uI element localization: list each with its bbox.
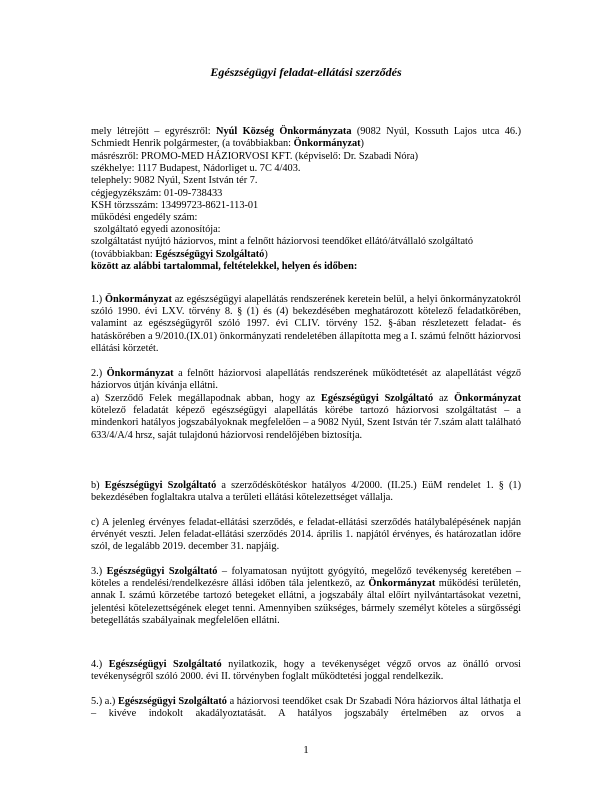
provider-seat-line: székhelye: 1117 Budapest, Nádorliget u. …	[91, 163, 521, 175]
between-line: között az alábbi tartalommal, feltételek…	[91, 261, 521, 273]
party1-alias: Önkormányzat	[294, 138, 361, 149]
page-number: 1	[0, 744, 612, 756]
section-5: 5.) a.) Egészségügyi Szolgáltató a házio…	[91, 696, 521, 720]
section-4: 4.) Egészségügyi Szolgáltató nyilatkozik…	[91, 659, 521, 683]
provider-regnum-line: cégjegyzékszám: 01-09-738433	[91, 188, 521, 200]
section-2c: c) A jelenleg érvényes feladat-ellátási …	[91, 517, 521, 554]
provider-site-line: telephely: 9082 Nyúl, Szent István tér 7…	[91, 175, 521, 187]
party1-name: Nyúl Község Önkormányzata	[216, 126, 351, 137]
document-page: Egészségügyi feladat-ellátási szerződés …	[0, 0, 612, 792]
section-3: 3.) Egészségügyi Szolgáltató – folyamato…	[91, 566, 521, 627]
document-title: Egészségügyi feladat-ellátási szerződés	[0, 66, 612, 78]
section-2a: a) Szerződő Felek megállapodnak abban, h…	[91, 393, 521, 442]
provider-id-line: szolgáltató egyedi azonosítója:	[91, 224, 521, 236]
section-2b: b) Egészségügyi Szolgáltató a szerződésk…	[91, 480, 521, 504]
section-2: 2.) Önkormányzat a felnőtt háziorvosi al…	[91, 368, 521, 392]
provider-details: másrészről: PROMO-MED HÁZIORVOSI KFT. (k…	[91, 151, 521, 273]
provider-role-line: szolgáltatást nyújtó háziorvos, mint a f…	[91, 236, 521, 248]
intro-paragraph: mely létrejött – egyrészről: Nyúl Község…	[91, 126, 521, 150]
provider-license-line: működési engedély szám:	[91, 212, 521, 224]
provider-ksh-line: KSH törzsszám: 13499723-8621-113-01	[91, 200, 521, 212]
provider-name-line: másrészről: PROMO-MED HÁZIORVOSI KFT. (k…	[91, 151, 521, 163]
provider-alias-line: (továbbiakban: Egészségügyi Szolgáltató)	[91, 249, 521, 261]
section-1: 1.) Önkormányzat az egészségügyi alapell…	[91, 294, 521, 355]
